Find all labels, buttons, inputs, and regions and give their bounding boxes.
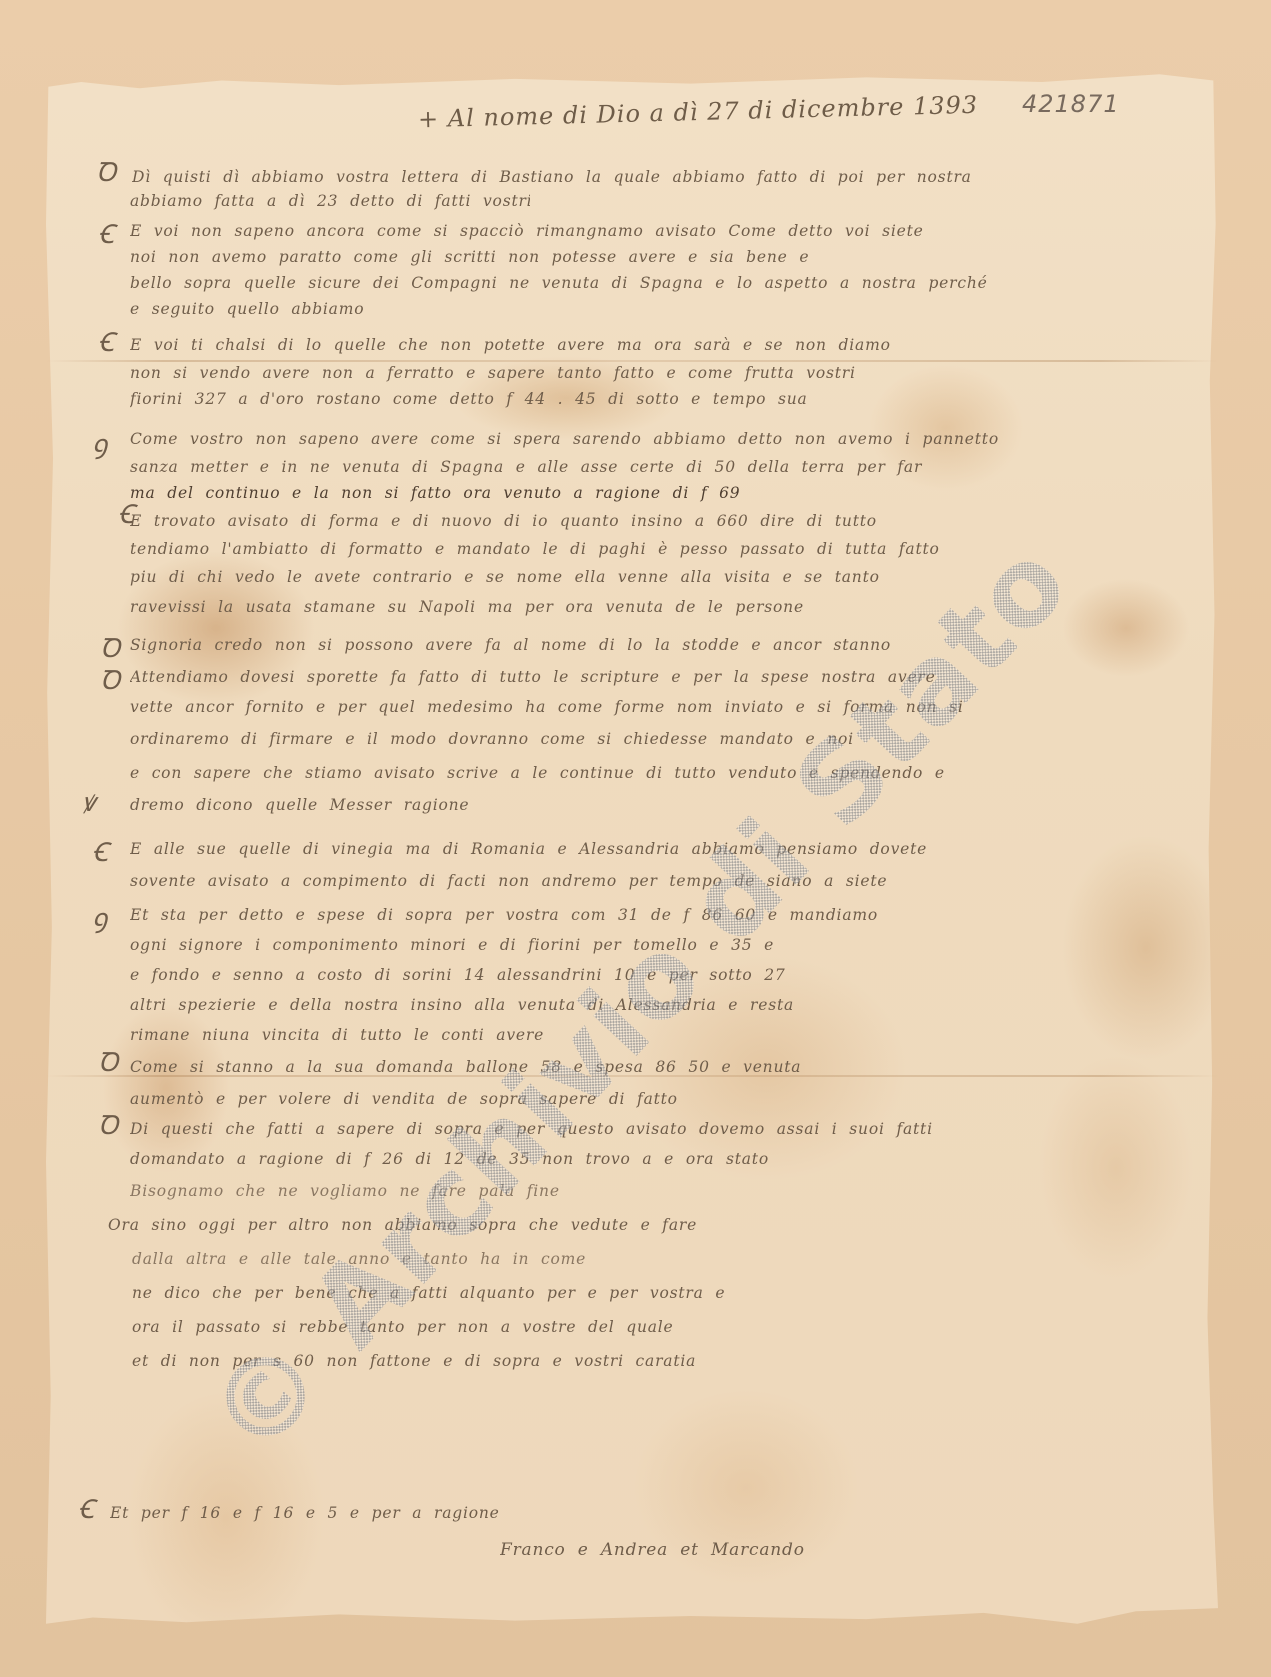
manuscript-line: bello sopra quelle sicure dei Compagni n…	[130, 274, 1120, 292]
manuscript-line: altri spezierie e della nostra insino al…	[130, 996, 1150, 1014]
manuscript-line: E trovato avisato di forma e di nuovo di…	[130, 512, 1130, 530]
paper-fold-line	[46, 360, 1218, 362]
manuscript-line: Come vostro non sapeno avere come si spe…	[130, 430, 1120, 448]
manuscript-line: vette ancor fornito e per quel medesimo …	[130, 698, 1140, 716]
manuscript-line: Di questi che fatti a sapere di sopra e …	[130, 1120, 1140, 1138]
manuscript-line: E voi ti chalsi di lo quelle che non pot…	[130, 336, 1120, 354]
margin-initial-mark: Ꞓ	[98, 330, 114, 356]
manuscript-line: noi non avemo paratto come gli scritti n…	[130, 248, 1120, 266]
margin-initial-mark: Ꞓ	[98, 222, 114, 248]
margin-initial-mark: Ꞓ	[78, 1497, 94, 1523]
manuscript-line: rimane niuna vincita di tutto le conti a…	[130, 1026, 1130, 1044]
manuscript-line: Et sta per detto e spese di sopra per vo…	[130, 906, 1140, 924]
manuscript-line: ordinaremo di firmare e il modo dovranno…	[130, 730, 1140, 748]
manuscript-line: E voi non sapeno ancora come si spacciò …	[130, 222, 1120, 240]
archive-number: 421871	[1022, 90, 1120, 118]
manuscript-line: ne dico che per bene che a fatti alquant…	[132, 1284, 1132, 1302]
manuscript-line: sovente avisato a compimento di facti no…	[130, 872, 1140, 890]
manuscript-line: aumentò e per volere di vendita de sopra…	[130, 1090, 830, 1108]
margin-initial-mark: Ꞓ	[92, 840, 108, 866]
manuscript-line: Et per f 16 e f 16 e 5 e per a ragione	[110, 1504, 930, 1522]
manuscript-line: abbiamo fatta a dì 23 detto di fatti vos…	[130, 192, 530, 210]
manuscript-line: tendiamo l'ambiatto di formatto e mandat…	[130, 540, 1130, 558]
manuscript-line: piu di chi vedo le avete contrario e se …	[130, 568, 1130, 586]
manuscript-line: E alle sue quelle di vinegia ma di Roman…	[130, 840, 1140, 858]
signature-line: Franco e Andrea et Marcando	[500, 1540, 1060, 1560]
manuscript-line: non si vendo avere non a ferratto e sape…	[130, 364, 1120, 382]
manuscript-line: ravevissi la usata stamane su Napoli ma …	[130, 598, 1130, 616]
manuscript-line: Signoria credo non si possono avere fa a…	[130, 636, 950, 654]
margin-initial-mark: ꝯ	[92, 432, 107, 458]
manuscript-line: Bisognamo che ne vogliamo ne fare pala f…	[130, 1182, 1130, 1200]
manuscript-line: dalla altra e alle tale anno e tanto ha …	[132, 1250, 1132, 1268]
manuscript-line: e seguito quello abbiamo	[130, 300, 530, 318]
margin-initial-mark: ꝯ	[92, 906, 107, 932]
manuscript-line: sanza metter e in ne venuta di Spagna e …	[130, 458, 1120, 476]
manuscript-line: ora il passato si rebbe tanto per non a …	[132, 1318, 1132, 1336]
manuscript-line: Come si stanno a la sua domanda ballone …	[130, 1058, 1130, 1076]
manuscript-line: dremo dicono quelle Messer ragione	[130, 796, 650, 814]
manuscript-line: e con sapere che stiamo avisato scrive a…	[130, 764, 1140, 782]
margin-initial-mark: Ꝺ	[100, 668, 120, 694]
manuscript-line: ma del continuo e la non si fatto ora ve…	[130, 484, 1130, 502]
manuscript-line: Attendiamo dovesi sporette fa fatto di t…	[130, 668, 1140, 686]
manuscript-line: domandato a ragione di f 26 di 12 de 35 …	[130, 1150, 1140, 1168]
manuscript-line: Dì quisti dì abbiamo vostra lettera di B…	[132, 168, 1122, 186]
manuscript-line: ogni signore i componimento minori e di …	[130, 936, 1140, 954]
manuscript-line: fiorini 327 a d'oro rostano come detto f…	[130, 390, 1120, 408]
manuscript-line: Ora sino oggi per altro non abbiamo sopr…	[108, 1216, 1108, 1234]
manuscript-line: e fondo e senno a costo di sorini 14 ale…	[130, 966, 1150, 984]
margin-initial-mark: Ꝺ	[98, 1113, 118, 1139]
margin-initial-mark: Ꝺ	[96, 160, 116, 186]
margin-initial-mark: ꝟ	[82, 790, 95, 816]
margin-initial-mark: Ꝺ	[98, 1050, 118, 1076]
margin-initial-mark: Ꝺ	[100, 636, 120, 662]
manuscript-line: et di non per s 60 non fattone e di sopr…	[132, 1352, 1132, 1370]
